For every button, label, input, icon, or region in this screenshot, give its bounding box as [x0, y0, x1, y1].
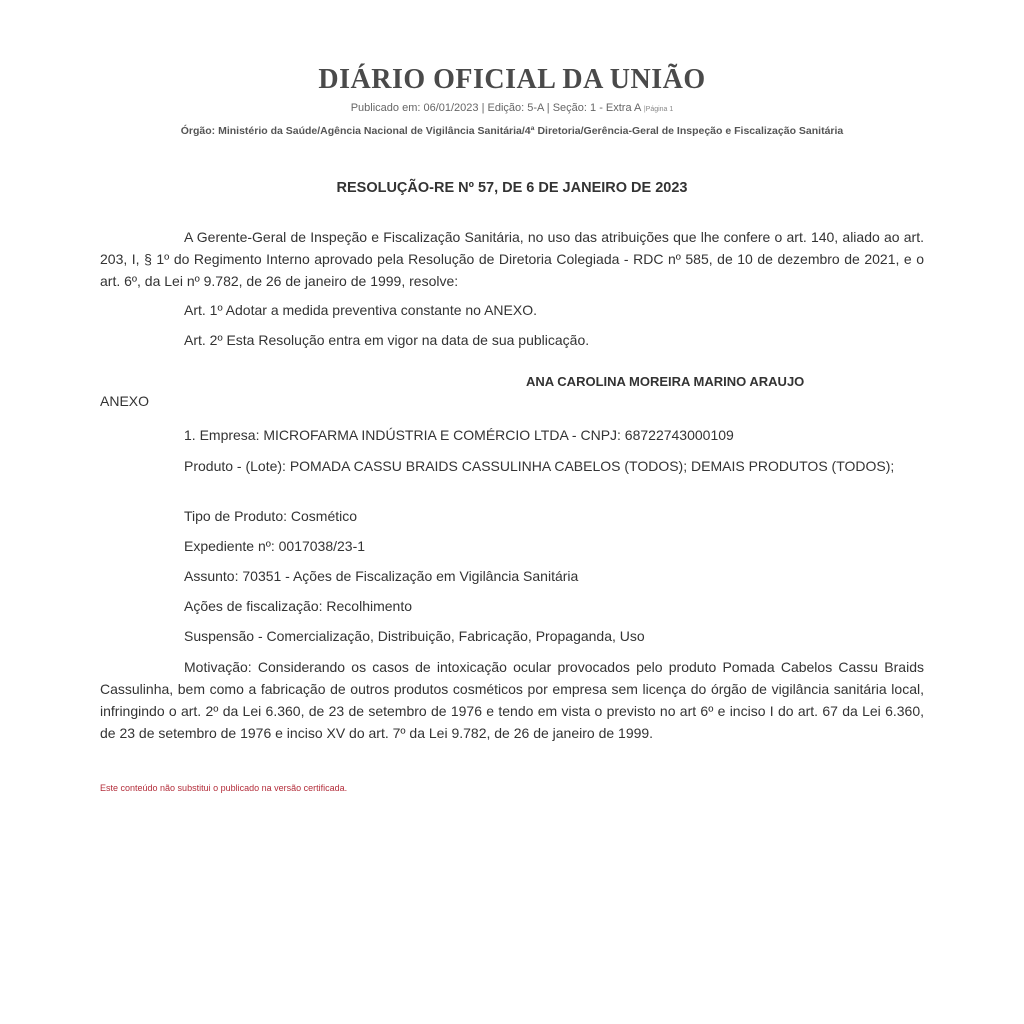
- article-1: Art. 1º Adotar a medida preventiva const…: [184, 302, 537, 318]
- anexo-acoes: Ações de fiscalização: Recolhimento: [184, 598, 412, 614]
- anexo-empresa: 1. Empresa: MICROFARMA INDÚSTRIA E COMÉR…: [184, 427, 734, 443]
- orgao-line: Órgão: Ministério da Saúde/Agência Nacio…: [100, 122, 924, 140]
- masthead-title: DIÁRIO OFICIAL DA UNIÃO: [100, 64, 924, 96]
- anexo-assunto: Assunto: 70351 - Ações de Fiscalização e…: [184, 568, 578, 584]
- anexo-heading: ANEXO: [100, 393, 149, 409]
- publication-details: Publicado em: 06/01/2023 | Edição: 5-A |…: [351, 102, 641, 114]
- signatory-name: ANA CAROLINA MOREIRA MARINO ARAUJO: [526, 374, 804, 389]
- anexo-expediente: Expediente nº: 0017038/23-1: [184, 538, 365, 554]
- resolution-preamble: A Gerente-Geral de Inspeção e Fiscalizaç…: [100, 226, 924, 292]
- anexo-motivacao: Motivação: Considerando os casos de into…: [100, 656, 924, 744]
- anexo-produto: Produto - (Lote): POMADA CASSU BRAIDS CA…: [100, 455, 924, 477]
- certification-disclaimer: Este conteúdo não substitui o publicado …: [100, 783, 347, 793]
- page-label: |Página 1: [644, 106, 673, 113]
- article-2: Art. 2º Esta Resolução entra em vigor na…: [184, 332, 589, 348]
- publication-info: Publicado em: 06/01/2023 | Edição: 5-A |…: [100, 102, 924, 114]
- anexo-suspensao: Suspensão - Comercialização, Distribuiçã…: [184, 628, 645, 644]
- resolution-title: RESOLUÇÃO-RE Nº 57, DE 6 DE JANEIRO DE 2…: [100, 180, 924, 196]
- anexo-tipo-produto: Tipo de Produto: Cosmético: [184, 508, 357, 524]
